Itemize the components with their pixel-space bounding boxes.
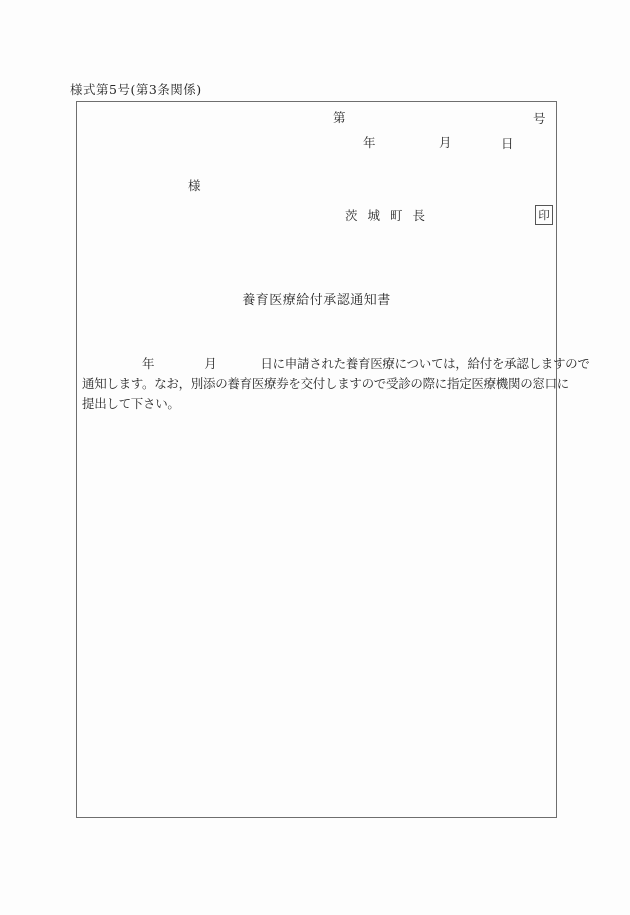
form-style-label: 様式第5号(第3条関係)	[70, 80, 202, 98]
document-page: 様式第5号(第3条関係) 第 号 年 月 日 様 茨城町長 印 養育医療給付承認…	[0, 0, 630, 915]
body-paragraph: 年月日に申請された養育医療については，給付を承認しますので 通知します。なお，別…	[82, 354, 551, 414]
document-title: 養育医療給付承認通知書	[77, 289, 556, 308]
date-fill-indent	[82, 367, 142, 368]
year-fill-blank	[154, 367, 204, 368]
month-fill-blank	[216, 367, 260, 368]
doc-number-suffix: 号	[533, 109, 546, 127]
seal-label: 印	[538, 208, 550, 222]
doc-number-prefix: 第	[333, 108, 346, 126]
body-line-2: 通知します。なお，別添の養育医療券を交付しますので受診の際に指定医療機関の窓口に	[82, 374, 551, 394]
date-day-label: 日	[501, 134, 514, 152]
body-line-1-text: に申請された養育医療については，給付を承認しますので	[273, 356, 590, 371]
date-month-label: 月	[439, 133, 452, 151]
body-line-1: 年月日に申請された養育医療については，給付を承認しますので	[82, 354, 551, 374]
issuer-title: 茨城町長	[345, 206, 435, 224]
body-year-label: 年	[142, 356, 154, 371]
document-box: 第 号 年 月 日 様 茨城町長 印 養育医療給付承認通知書 年月日に申請された…	[76, 101, 557, 818]
addressee-honorific: 様	[188, 176, 201, 194]
date-year-label: 年	[363, 133, 376, 151]
body-line-3: 提出して下さい。	[82, 394, 551, 414]
body-day-label: 日	[260, 356, 272, 371]
body-month-label: 月	[204, 356, 216, 371]
seal-box: 印	[535, 205, 553, 225]
